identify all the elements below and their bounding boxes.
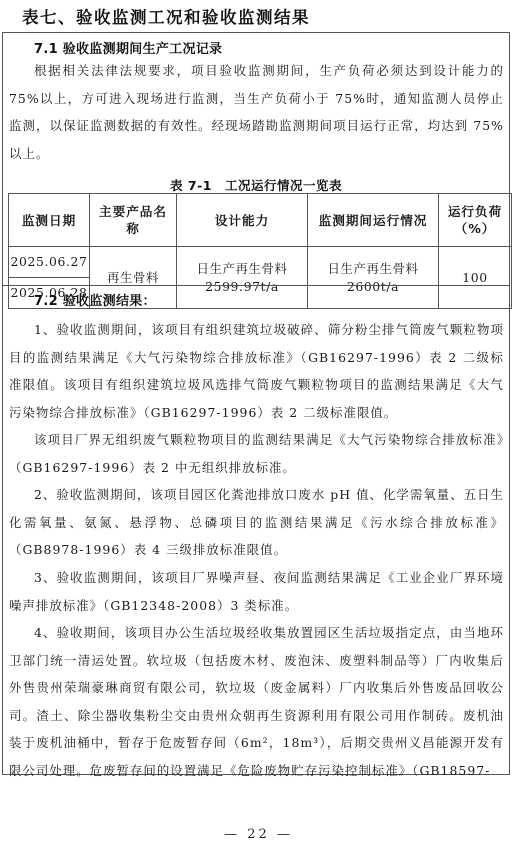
- design-capacity-line1: 日生产再生骨料: [177, 260, 307, 278]
- cell-actual-operation: 日生产再生骨料 2600t/a: [308, 247, 439, 309]
- table-caption: 表 7-1 工况运行情况一览表: [0, 176, 512, 194]
- header-product: 主要产品名 称: [90, 194, 177, 247]
- header-product-line2: 称: [90, 220, 176, 237]
- result-paragraph-3: 2、验收监测期间，该项目园区化粪池排放口废水 pH 值、化学需氧量、五日生化需氧…: [9, 481, 504, 564]
- cell-load-percent: 100: [439, 247, 512, 309]
- actual-line1: 日生产再生骨料: [308, 260, 438, 278]
- header-load-percent: 运行负荷 （%）: [439, 194, 512, 247]
- design-capacity-line2: 2599.97t/a: [177, 278, 307, 296]
- header-product-line1: 主要产品名: [90, 203, 176, 220]
- actual-line2: 2600t/a: [308, 278, 438, 296]
- result-paragraph-1: 1、验收监测期间，该项目有组织建筑垃圾破碎、筛分粉尘排气筒废气颗粒物项目的监测结…: [9, 316, 504, 426]
- cell-date: 2025.06.27: [9, 247, 90, 278]
- heading-7-2: 7.2 验收监测结果：: [34, 290, 156, 309]
- paragraph-7-1: 根据相关法律法规要求，项目验收监测期间，生产负荷必须达到设计能力的75%以上，方…: [9, 57, 504, 167]
- result-paragraph-5: 4、验收期间，该项目办公生活垃圾经收集放置园区生活垃圾指定点，由当地环卫部门统一…: [9, 619, 504, 784]
- page-number: — 22 —: [0, 827, 517, 842]
- header-load-line2: （%）: [439, 220, 511, 237]
- result-paragraph-4: 3、验收监测期间，该项目厂界噪声昼、夜间监测结果满足《工业企业厂界环境噪声排放标…: [9, 564, 504, 619]
- header-design-capacity: 设计能力: [177, 194, 308, 247]
- table-header-row: 监测日期 主要产品名 称 设计能力 监测期间运行情况 运行负荷 （%）: [9, 194, 512, 247]
- section-title: 表七、验收监测工况和验收监测结果: [22, 4, 310, 28]
- table-row: 2025.06.27 再生骨料 日生产再生骨料 2599.97t/a 日生产再生…: [9, 247, 512, 278]
- section-divider: [2, 285, 510, 286]
- header-actual-operation: 监测期间运行情况: [308, 194, 439, 247]
- heading-7-1: 7.1 验收监测期间生产工况记录: [34, 38, 222, 57]
- header-load-line1: 运行负荷: [439, 203, 511, 220]
- result-paragraph-2: 该项目厂界无组织废气颗粒物项目的监测结果满足《大气污染物综合排放标准》（GB16…: [9, 426, 504, 481]
- cell-design-capacity: 日生产再生骨料 2599.97t/a: [177, 247, 308, 309]
- header-date: 监测日期: [9, 194, 90, 247]
